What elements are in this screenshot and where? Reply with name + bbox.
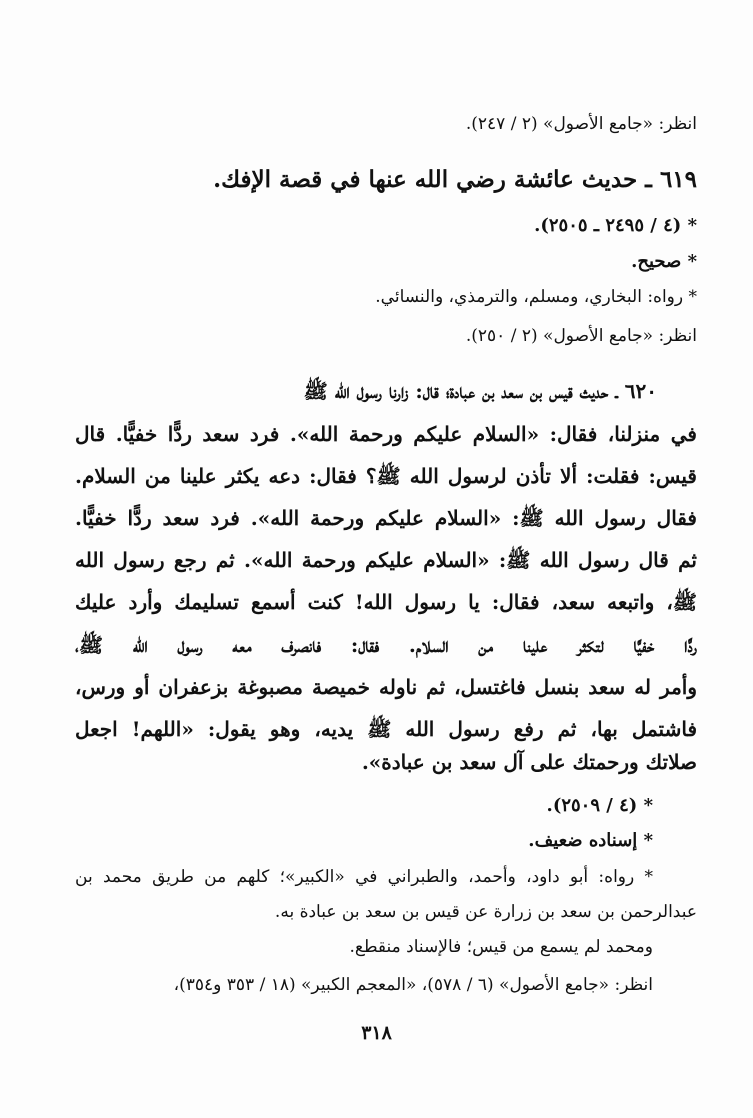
volume-page-reference: * (٤ / ٢٥٠٩). (547, 795, 653, 816)
hadith-text-line: ﷺ، واتبعه سعد، فقال: يا رسول الله! كنت أ… (75, 590, 697, 619)
see-also-reference: انظر: «جامع الأصول» (٦ / ٥٧٨)، «المعجم ا… (174, 975, 653, 995)
entry-heading: ٦١٩ ـ حديث عائشة رضي الله عنها في قصة ال… (213, 166, 697, 193)
hadith-text-line: فقال رسول الله ﷺ: «السلام عليكم ورحمة ال… (75, 506, 697, 535)
see-also-reference: انظر: «جامع الأصول» (٢ / ٢٥٠). (466, 326, 697, 346)
hadith-text-line: ردًّا خفيًّا لتكثر علينا من السلام. فقال… (75, 633, 697, 662)
see-also-reference: انظر: «جامع الأصول» (٢ / ٢٤٧). (466, 114, 697, 134)
hadith-text-line: في منزلنا، فقال: «السلام عليكم ورحمة الل… (75, 422, 697, 446)
hadith-text-line: قيس: فقلت: ألا تأذن لرسول الله ﷺ؟ فقال: … (75, 464, 697, 493)
volume-page-reference: * (٤ / ٢٤٩٥ ـ ٢٥٠٥). (534, 215, 697, 236)
hadith-text-line: وأمر له سعد بنسل فاغتسل، ثم ناوله خميصة … (75, 675, 697, 699)
page-number: ٣١٨ (0, 1022, 753, 1044)
hadith-text-line: صلاتك ورحمتك على آل سعد بن عبادة». (362, 750, 697, 774)
isnad-note: ومحمد لم يسمع من قيس؛ فالإسناد منقطع. (350, 937, 653, 957)
narrators-list: * رواه: أبو داود، وأحمد، والطبراني في «ا… (75, 867, 653, 887)
authenticity-grade: * صحيح. (631, 251, 697, 272)
hadith-text-line: ثم قال رسول الله ﷺ: «السلام عليكم ورحمة … (75, 548, 697, 577)
hadith-text-line: فاشتمل بها، ثم رفع رسول الله ﷺ يديه، وهو… (75, 717, 697, 746)
authenticity-grade: * إسناده ضعيف. (528, 830, 653, 851)
narrators-list: * رواه: البخاري، ومسلم، والترمذي، والنسا… (375, 287, 697, 307)
hadith-text-line: ٦٢٠ ـ حديث قيس بن سعد بن عبادة؛ قال: زار… (75, 379, 697, 408)
narrators-list-continuation: عبدالرحمن بن سعد بن زرارة عن قيس بن سعد … (275, 902, 697, 922)
